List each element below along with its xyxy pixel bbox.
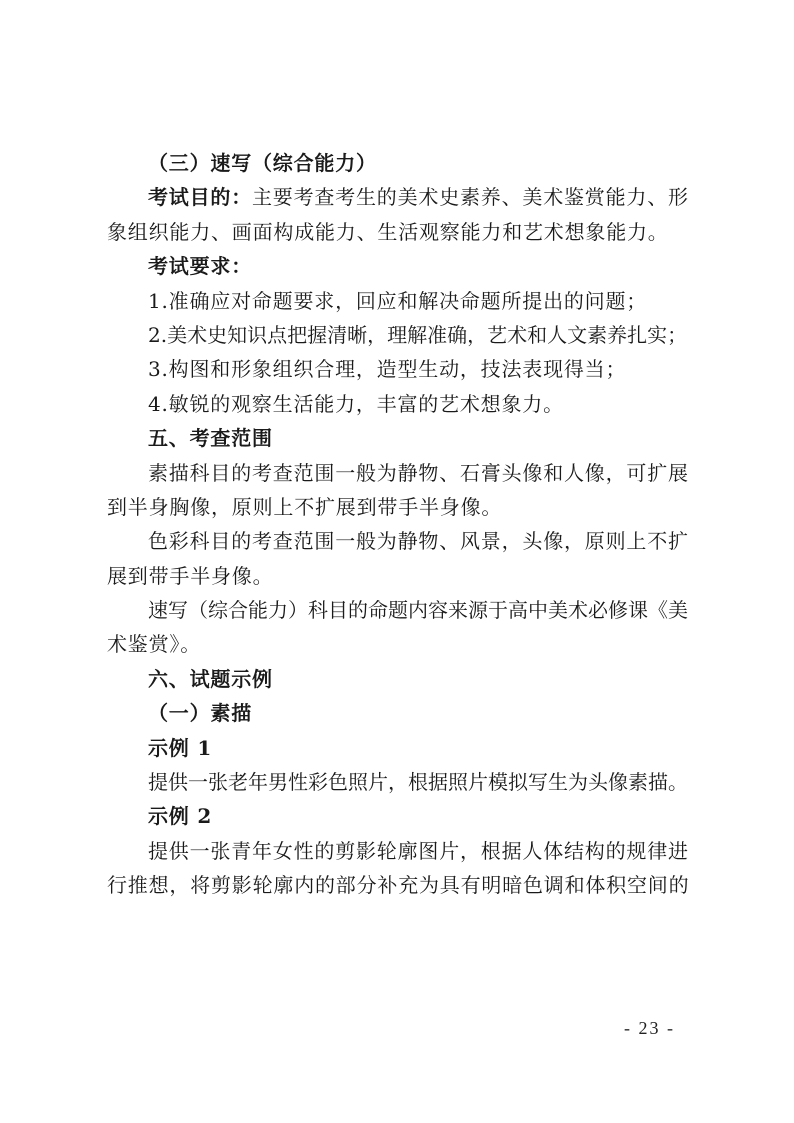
section-heading-examples: 六、试题示例 [107,662,691,696]
scope-paragraph-sketch: 素描科目的考查范围一般为静物、石膏头像和人像，可扩展 [107,456,691,490]
scope-paragraph-color: 色彩科目的考查范围一般为静物、风景，头像，原则上不扩 [107,524,691,558]
scope-paragraph-sketch-continuation: 到半身胸像，原则上不扩展到带手半身像。 [107,490,691,524]
exam-purpose-text: 主要考查考生的美术史素养、美术鉴赏能力、形 [252,185,689,209]
example-text: 提供一张老年男性彩色照片，根据照片模拟写生为头像素描。 [107,765,691,799]
section-heading-scope: 五、考查范围 [107,421,691,455]
example-text-continuation: 行推想，将剪影轮廓内的部分补充为具有明暗色调和体积空间的 [107,868,691,902]
exam-purpose-continuation: 象组织能力、画面构成能力、生活观察能力和艺术想象能力。 [107,215,691,249]
example-text: 提供一张青年女性的剪影轮廓图片，根据人体结构的规律进 [107,834,691,868]
page-number: - 23 - [624,1018,675,1039]
exam-purpose-paragraph: 考试目的：主要考查考生的美术史素养、美术鉴赏能力、形 [107,180,691,214]
requirement-item: 3.构图和形象组织合理，造型生动，技法表现得当； [107,352,691,386]
subsection-heading-sketch: （一）素描 [107,696,691,730]
scope-paragraph-color-continuation: 展到带手半身像。 [107,559,691,593]
scope-paragraph-quick-sketch-continuation: 术鉴赏》。 [107,627,691,661]
section-heading-sketch: （三）速写（综合能力） [107,146,691,180]
exam-requirements-label: 考试要求： [107,249,691,283]
requirement-item: 4.敏锐的观察生活能力，丰富的艺术想象力。 [107,387,691,421]
document-page: （三）速写（综合能力） 考试目的：主要考查考生的美术史素养、美术鉴赏能力、形 象… [0,0,794,1123]
scope-paragraph-quick-sketch: 速写（综合能力）科目的命题内容来源于高中美术必修课《美 [107,593,691,627]
exam-purpose-label: 考试目的： [148,185,252,209]
requirement-item: 1.准确应对命题要求，回应和解决命题所提出的问题； [107,284,691,318]
requirement-item: 2.美术史知识点把握清晰，理解准确，艺术和人文素养扎实； [107,318,691,352]
example-title: 示例 1 [107,731,691,765]
example-title: 示例 2 [107,799,691,833]
page-content: （三）速写（综合能力） 考试目的：主要考查考生的美术史素养、美术鉴赏能力、形 象… [107,146,691,903]
